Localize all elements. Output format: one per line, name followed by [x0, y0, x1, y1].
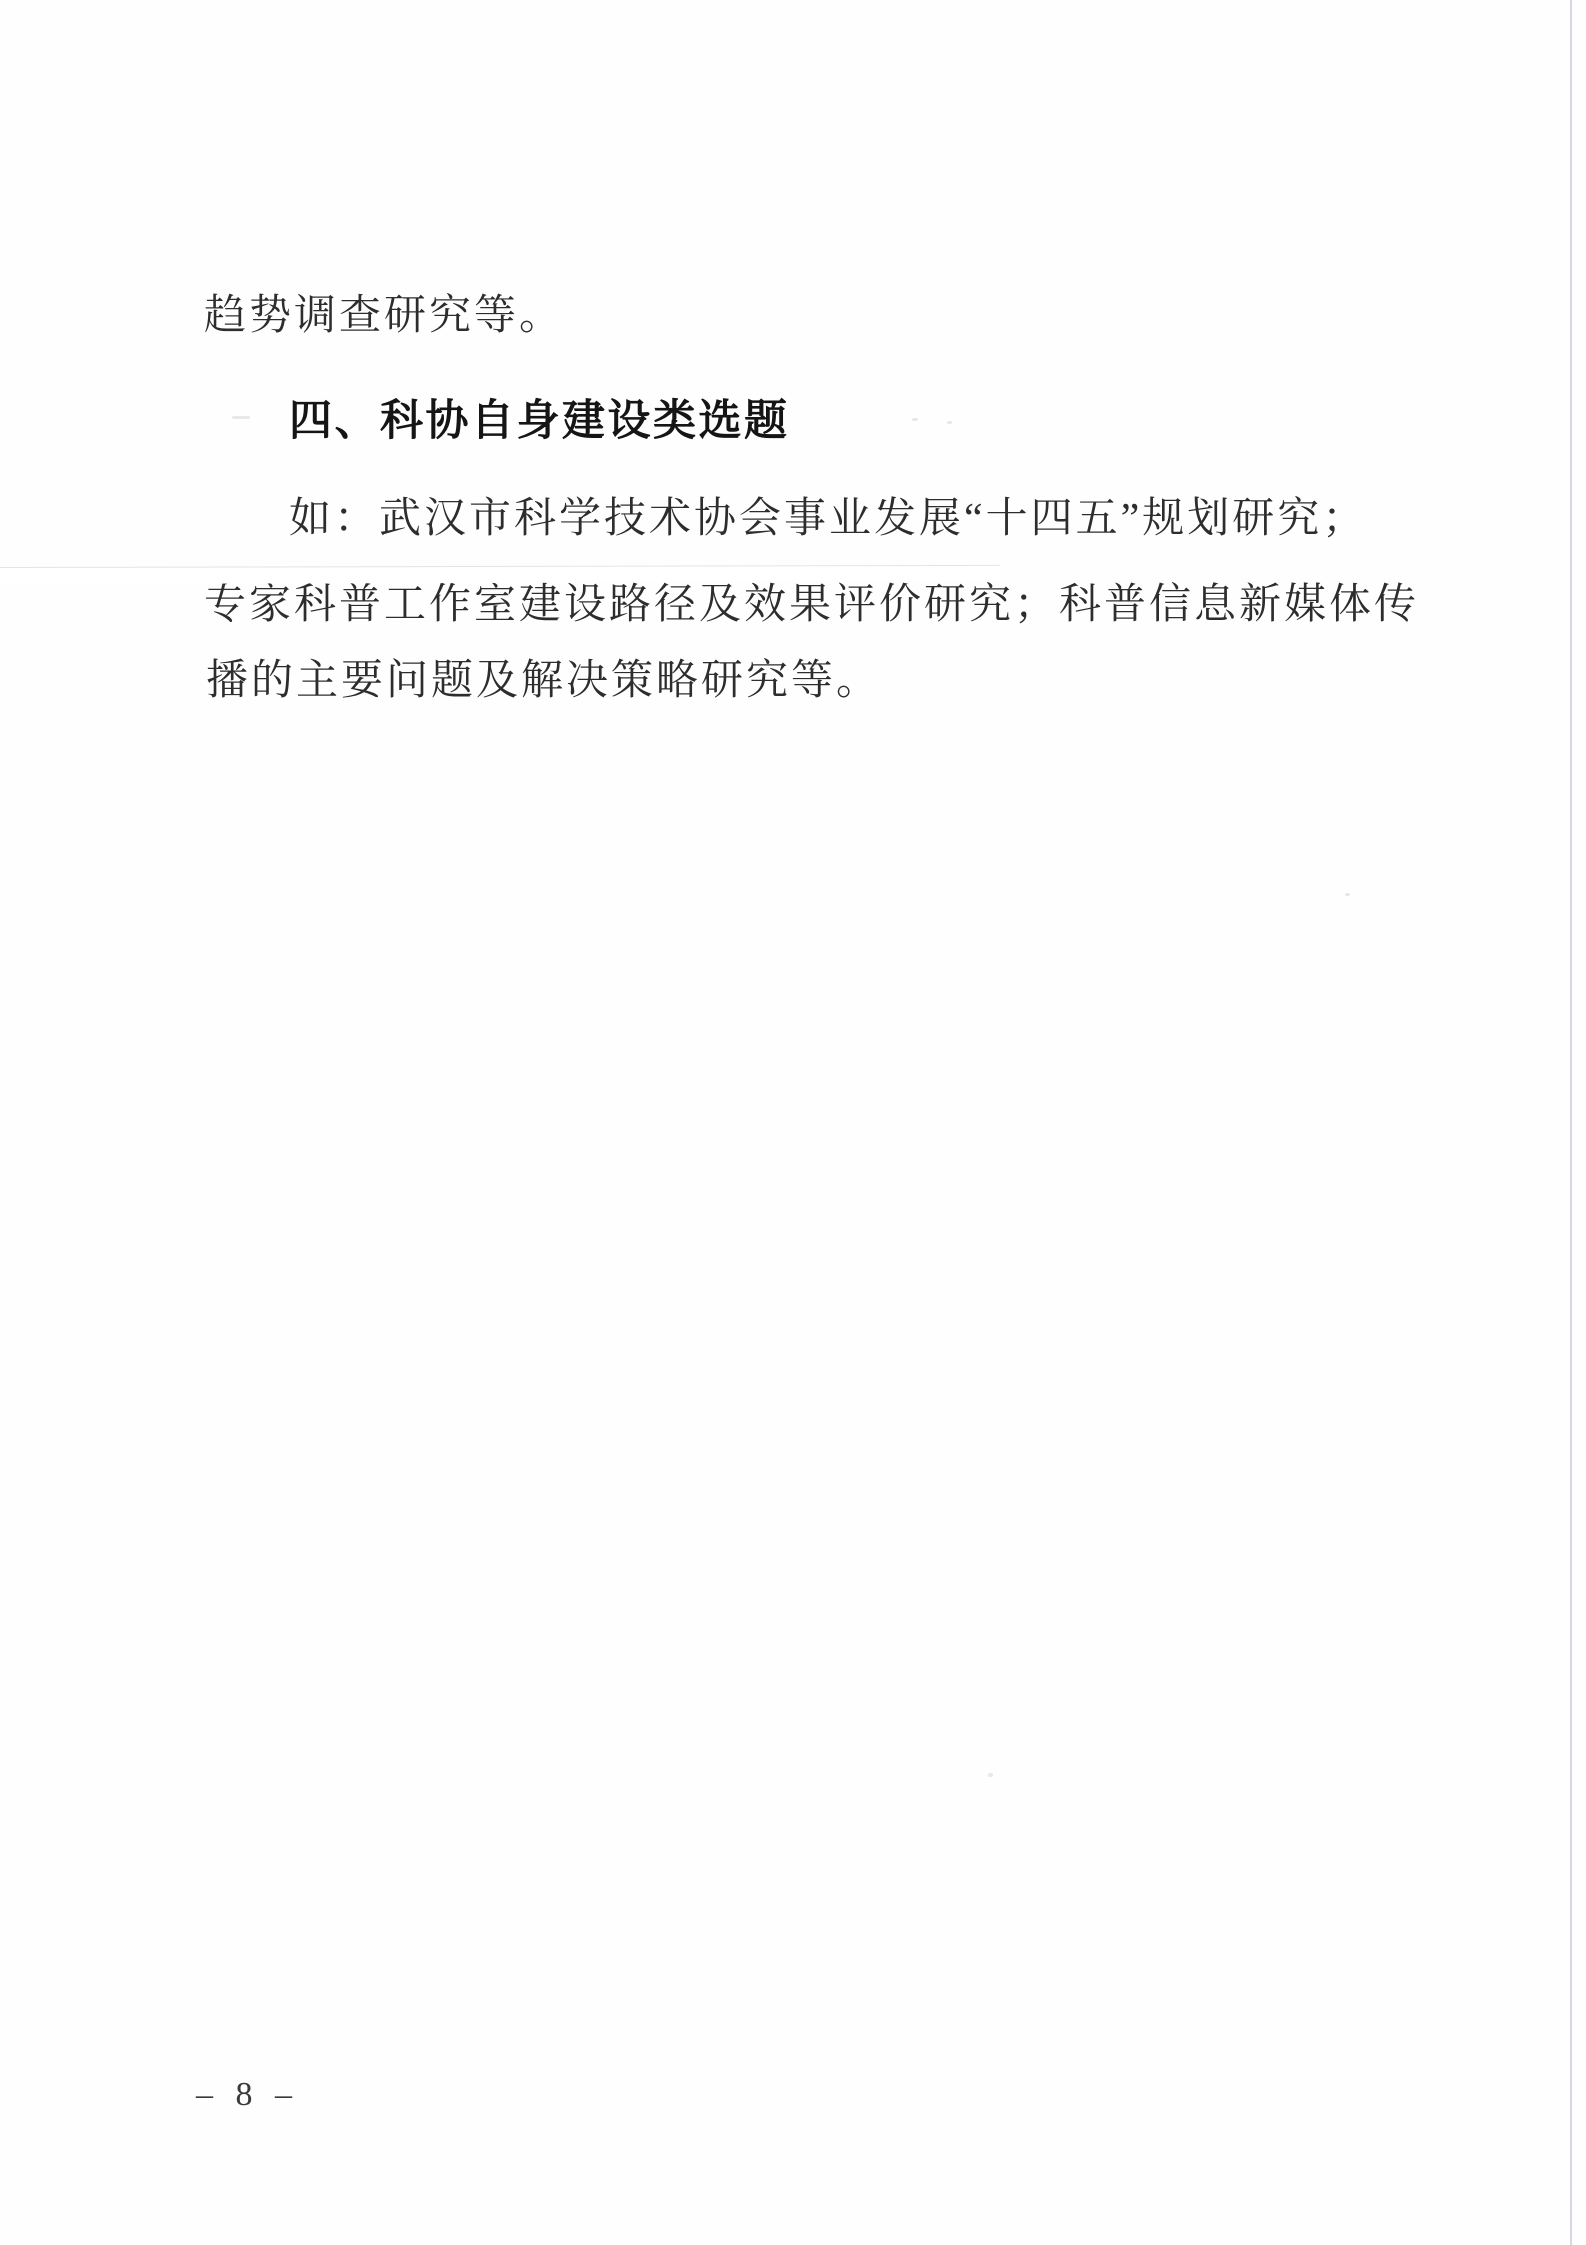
paragraph-line: 播的主要问题及解决策略研究等。 — [206, 657, 881, 705]
section-heading: 四、科协自身建设类选题 — [289, 398, 790, 445]
document-page: 趋势调查研究等。 四、科协自身建设类选题 如：武汉市科学技术协会事业发展“十四五… — [0, 0, 1586, 2245]
scan-speck — [947, 421, 952, 424]
scan-speck — [1345, 893, 1350, 896]
paragraph-line: 专家科普工作室建设路径及效果评价研究；科普信息新媒体传 — [204, 581, 1419, 629]
scan-artifact-band — [0, 565, 1000, 584]
scan-speck — [912, 418, 918, 421]
scan-speck — [988, 1773, 993, 1777]
paragraph-intro-line: 趋势调查研究等。 — [204, 292, 564, 340]
paragraph-line: 如：武汉市科学技术协会事业发展“十四五”规划研究； — [289, 495, 1367, 543]
scan-speck — [232, 416, 250, 419]
scan-artifact-vertical-line — [1570, 0, 1572, 2245]
page-number: – 8 – — [196, 2076, 299, 2114]
